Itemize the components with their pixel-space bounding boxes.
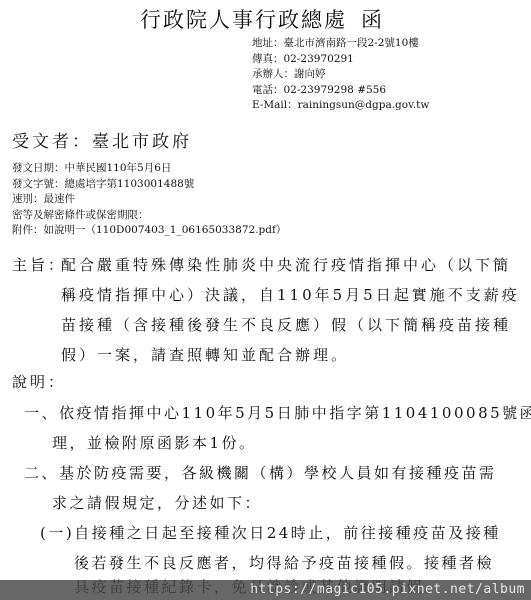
explanation-item-2: 二、基於防疫需要，各級機關（構）學校人員如有接種疫苗需 xyxy=(0,458,531,488)
contact-fax: 傳真：02-23970291 xyxy=(252,52,429,68)
explanation-items: 一、依疫情指揮中心110年5月5日肺中指字第1104100085號函辦 理，並檢… xyxy=(0,398,531,578)
explanation-subitem-1: (一)自接種之日起至接種次日24時止，前往接種疫苗及接種 xyxy=(0,518,531,548)
agency-name: 行政院人事行政總處 xyxy=(140,8,347,32)
document-type: 函 xyxy=(361,8,384,32)
document-meta: 發文日期：中華民國110年5月6日 發文字號：總處培字第1103001488號 … xyxy=(12,161,286,239)
explanation-subitem-1-cont: 後若發生不良反應者，均得給予疫苗接種假。接種者檢 xyxy=(0,548,531,578)
meta-date: 發文日期：中華民國110年5月6日 xyxy=(12,161,286,177)
explanation-label: 說明： xyxy=(12,371,66,392)
explanation-item-1: 一、依疫情指揮中心110年5月5日肺中指字第1104100085號函辦 xyxy=(0,398,531,428)
subject-label: 主旨： xyxy=(12,250,66,280)
document-title: 行政院人事行政總處函 xyxy=(140,4,384,34)
contact-handler: 承辦人：謝向婷 xyxy=(252,67,429,83)
subject-section: 主旨： 配合嚴重特殊傳染性肺炎中央流行疫情指揮中心（以下簡 稱疫情指揮中心）決議… xyxy=(12,250,522,370)
watermark-url: https://magic105.pixnet.net/album xyxy=(250,582,525,597)
contact-block: 地址：臺北市濟南路一段2-2號10樓 傳真：02-23970291 承辦人：謝向… xyxy=(252,36,429,114)
recipient: 受文者：臺北市政府 xyxy=(12,127,192,152)
subject-line: 配合嚴重特殊傳染性肺炎中央流行疫情指揮中心（以下簡 xyxy=(12,250,522,280)
explanation-item-1-cont: 理，並檢附原函影本1份。 xyxy=(0,428,531,458)
meta-secrecy: 密等及解密條件或保密期限： xyxy=(12,208,286,224)
subject-line: 苗接種（含接種後發生不良反應）假（以下簡稱疫苗接種 xyxy=(12,310,522,340)
watermark-bar: https://magic105.pixnet.net/album xyxy=(0,580,531,600)
meta-speed: 速別：最速件 xyxy=(12,192,286,208)
contact-phone: 電話：02-23979298 #556 xyxy=(252,83,429,99)
meta-attachment: 附件：如說明一（110D007403_1_06165033872.pdf） xyxy=(12,223,286,239)
contact-email: E-Mail：rainingsun@dgpa.gov.tw xyxy=(252,98,429,114)
subject-line: 稱疫情指揮中心）決議，自110年5月5日起實施不支薪疫 xyxy=(12,280,522,310)
meta-doc-number: 發文字號：總處培字第1103001488號 xyxy=(12,177,286,193)
explanation-item-2-cont: 求之請假規定，分述如下： xyxy=(0,488,531,518)
subject-line: 假）一案，請查照轉知並配合辦理。 xyxy=(12,340,522,370)
contact-address: 地址：臺北市濟南路一段2-2號10樓 xyxy=(252,36,429,52)
